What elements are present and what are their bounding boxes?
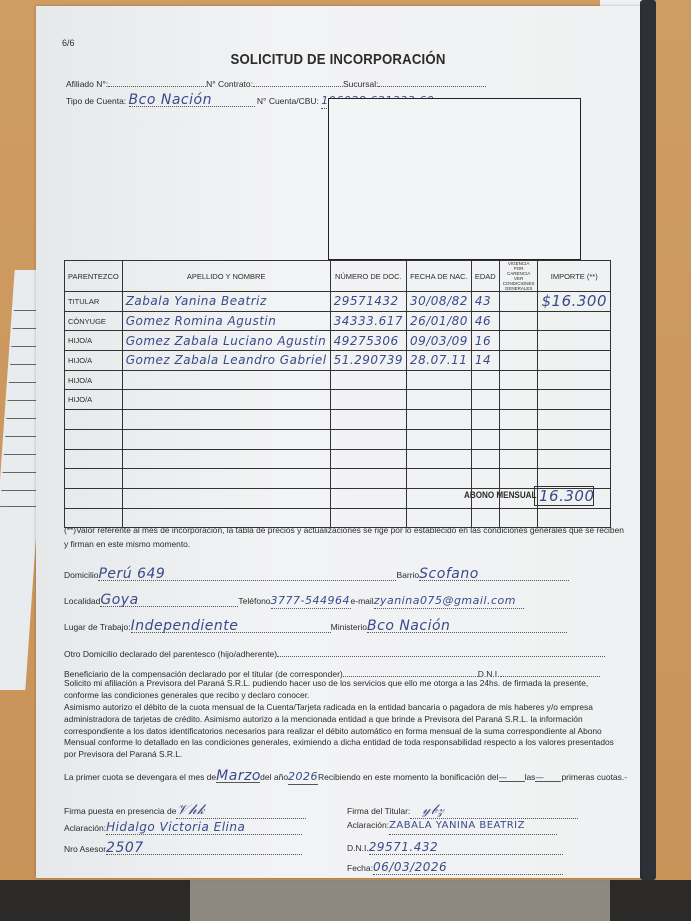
cell-importe[interactable] (538, 449, 611, 469)
cell-nombre[interactable]: Gomez Romina Agustin (122, 311, 330, 331)
cell-edad[interactable]: 43 (471, 292, 499, 312)
cell-fecha-nac[interactable]: 09/03/09 (406, 331, 471, 351)
cell-fecha-nac[interactable] (406, 370, 471, 390)
members-table: PARENTEZCO APELLIDO Y NOMBRE NÚMERO DE D… (64, 260, 611, 528)
legal-text-2: Asimismo autorizo el débito de la cuota … (64, 702, 624, 761)
otro-domicilio-row: Otro Domicilio declarado del parentesco … (64, 648, 605, 659)
cell-vigencia[interactable] (499, 429, 538, 449)
cell-doc[interactable] (330, 469, 406, 489)
cell-fecha-nac[interactable] (406, 449, 471, 469)
cell-parentezco: HIJO/A (65, 351, 123, 371)
afiliado-field[interactable] (108, 78, 206, 87)
localidad-field[interactable]: Goya (100, 592, 238, 607)
presencia-row: Firma puesta en presencia de𝒱𝒽𝓀 (64, 802, 306, 819)
las-field[interactable]: — (535, 773, 561, 782)
cell-edad[interactable]: 46 (471, 311, 499, 331)
presencia-signature-field[interactable]: 𝒱𝒽𝓀 (176, 802, 306, 819)
cell-nombre[interactable] (122, 390, 330, 410)
email-label: e-mail (351, 596, 374, 606)
cell-importe[interactable] (538, 370, 611, 390)
cell-vigencia[interactable] (499, 351, 538, 371)
table-row (65, 410, 611, 430)
cell-nombre[interactable] (122, 370, 330, 390)
col-importe: IMPORTE (**) (538, 261, 611, 292)
contrato-label: N° Contrato: (206, 79, 253, 89)
asesor-row: Nro Asesor2507 (64, 840, 302, 855)
titular-label: Firma del Titular: (347, 806, 410, 816)
cell-parentezco: CÓNYUGE (65, 311, 123, 331)
col-edad: EDAD (471, 261, 499, 292)
beneficiario-field[interactable] (343, 668, 478, 677)
floor (0, 880, 691, 921)
dni-row: D.N.I.29571.432 (347, 840, 563, 855)
aclaracion-left-label: Aclaración: (64, 823, 106, 833)
cell-vigencia[interactable] (499, 331, 538, 351)
cell-importe[interactable] (538, 311, 611, 331)
domicilio-field[interactable]: Perú 649 (98, 566, 396, 581)
domicilio-label: Domicilio (64, 570, 98, 580)
cell-fecha-nac[interactable] (406, 488, 471, 508)
cell-importe[interactable] (538, 429, 611, 449)
titular-row: Firma del Titular:𝓎𝒷𝓏 (347, 802, 578, 819)
table-row: HIJO/AGomez Zabala Luciano Agustin492753… (65, 331, 611, 351)
cell-doc[interactable]: 34333.617 (330, 311, 406, 331)
contrato-field[interactable] (253, 78, 343, 87)
aclaracion-right-field[interactable]: ZABALA YANINA BEATRIZ (389, 820, 557, 835)
cell-vigencia[interactable] (499, 469, 538, 489)
email-field[interactable]: zyanina075@gmail.com (374, 594, 524, 609)
trabajo-label: Lugar de Trabajo: (64, 622, 131, 632)
fecha-label: Fecha: (347, 863, 373, 873)
cell-doc[interactable]: 29571432 (330, 292, 406, 312)
cell-fecha-nac[interactable] (406, 469, 471, 489)
cell-vigencia[interactable] (499, 370, 538, 390)
cell-fecha-nac[interactable]: 30/08/82 (406, 292, 471, 312)
telefono-field[interactable]: 3777-544964 (271, 594, 351, 609)
dni-label: D.N.I. (347, 843, 369, 853)
bonif-field[interactable]: — (499, 773, 525, 782)
cell-fecha-nac[interactable] (406, 429, 471, 449)
asesor-label: Nro Asesor (64, 844, 106, 854)
cell-nombre[interactable] (122, 410, 330, 430)
aclaracion-right-row: Aclaración:ZABALA YANINA BEATRIZ (347, 820, 557, 835)
abono-value: 16.300 (539, 487, 595, 505)
cell-importe[interactable] (538, 331, 611, 351)
table-row: HIJO/A (65, 390, 611, 410)
cell-nombre[interactable] (122, 469, 330, 489)
first-fee-row: La primer cuota se devengara el mes deMa… (64, 768, 627, 785)
cell-parentezco (65, 488, 123, 508)
cell-fecha-nac[interactable] (406, 410, 471, 430)
col-parentezco: PARENTEZCO (65, 261, 123, 292)
trabajo-field[interactable]: Independiente (131, 618, 331, 633)
cell-nombre[interactable] (122, 488, 330, 508)
table-row: HIJO/A (65, 370, 611, 390)
photo-box (328, 98, 581, 260)
aclaracion-left-row: Aclaración:Hidalgo Victoria Elina (64, 820, 302, 835)
table-row (65, 429, 611, 449)
dni-field[interactable]: 29571.432 (369, 840, 563, 855)
cell-vigencia[interactable] (499, 449, 538, 469)
sucursal-field[interactable] (378, 78, 486, 87)
cell-doc[interactable] (330, 488, 406, 508)
localidad-row: LocalidadGoyaTeléfono3777-544964e-mailzy… (64, 592, 524, 609)
table-row: CÓNYUGEGomez Romina Agustin34333.61726/0… (65, 311, 611, 331)
cell-doc[interactable]: 51.290739 (330, 351, 406, 371)
cell-doc[interactable] (330, 449, 406, 469)
col-nombre: APELLIDO Y NOMBRE (122, 261, 330, 292)
otro-domicilio-field[interactable] (277, 648, 605, 657)
page-number: 6/6 (62, 38, 75, 48)
ministerio-field[interactable]: Bco Nación (367, 618, 567, 633)
asesor-field[interactable]: 2507 (106, 840, 302, 855)
table-row: HIJO/AGomez Zabala Leandro Gabriel51.290… (65, 351, 611, 371)
table-row: TITULARZabala Yanina Beatriz2957143230/0… (65, 292, 611, 312)
cell-vigencia[interactable] (499, 390, 538, 410)
cell-nombre[interactable] (122, 429, 330, 449)
cell-parentezco (65, 469, 123, 489)
cell-nombre[interactable]: Zabala Yanina Beatriz (122, 292, 330, 312)
first-fee-prefix: La primer cuota se devengara el mes de (64, 772, 216, 782)
cell-importe[interactable] (538, 390, 611, 410)
afiliado-row: Afiliado N°:N° Contrato:Sucursal: (66, 78, 486, 89)
otro-domicilio-label: Otro Domicilio declarado del parentesco … (64, 649, 277, 659)
floor-tile (190, 880, 610, 921)
cuenta-cbu-label: N° Cuenta/CBU: (257, 96, 319, 106)
ministerio-label: Ministerio (331, 622, 367, 632)
sucursal-label: Sucursal: (343, 79, 378, 89)
first-fee-year[interactable]: 2026 (288, 770, 318, 785)
telefono-label: Teléfono (238, 596, 270, 606)
cell-parentezco: HIJO/A (65, 370, 123, 390)
page-title: SOLICITUD DE INCORPORACIÓN (72, 51, 604, 68)
cell-doc[interactable] (330, 370, 406, 390)
tipo-cuenta-field[interactable]: Bco Nación (129, 92, 255, 107)
fecha-row: Fecha:06/03/2026 (347, 860, 563, 875)
abono-field[interactable]: 16.300 (534, 486, 594, 506)
cell-nombre[interactable] (122, 449, 330, 469)
cell-parentezco: HIJO/A (65, 331, 123, 351)
cell-edad[interactable] (471, 390, 499, 410)
barrio-label: Barrio (396, 570, 419, 580)
cell-fecha-nac[interactable] (406, 390, 471, 410)
abono-label: ABONO MENSUAL (464, 490, 536, 500)
col-doc: NÚMERO DE DOC. (330, 261, 406, 292)
cell-nombre[interactable]: Gomez Zabala Leandro Gabriel (122, 351, 330, 371)
cell-nombre[interactable]: Gomez Zabala Luciano Agustin (122, 331, 330, 351)
cell-importe[interactable]: $16.300 (538, 292, 611, 312)
cell-edad[interactable]: 16 (471, 331, 499, 351)
aclaracion-left-field[interactable]: Hidalgo Victoria Elina (106, 820, 302, 835)
cell-doc[interactable] (330, 429, 406, 449)
legal-text-1: Solicito mi afiliación a Previsora del P… (64, 678, 624, 702)
cell-doc[interactable] (330, 410, 406, 430)
table-row (65, 469, 611, 489)
anio-label: del año (260, 772, 288, 782)
trabajo-row: Lugar de Trabajo:IndependienteMinisterio… (64, 618, 567, 633)
cell-doc[interactable] (330, 390, 406, 410)
tipo-cuenta-label: Tipo de Cuenta: (66, 96, 126, 106)
las-label: las (525, 772, 536, 782)
first-fee-month[interactable]: Marzo (216, 768, 260, 783)
beneficiario-dni-field[interactable] (500, 668, 600, 677)
cell-edad[interactable] (471, 410, 499, 430)
table-row (65, 449, 611, 469)
cell-importe[interactable] (538, 351, 611, 371)
aclaracion-right-label: Aclaración: (347, 820, 389, 830)
cell-parentezco (65, 410, 123, 430)
cell-parentezco: TITULAR (65, 292, 123, 312)
presencia-label: Firma puesta en presencia de (64, 806, 176, 816)
cell-vigencia[interactable] (499, 410, 538, 430)
col-vigencia: VIGENCIA POR CARENCIA VER CONDICIONES GE… (499, 261, 538, 292)
barrio-field[interactable]: Scofano (419, 566, 569, 581)
bonif-prefix: Recibiendo en este momento la bonificaci… (318, 772, 499, 782)
cell-edad[interactable]: 14 (471, 351, 499, 371)
footnote: (**)Valor referente al mes de incorporac… (64, 524, 624, 551)
cell-vigencia[interactable] (499, 311, 538, 331)
cell-edad[interactable] (471, 449, 499, 469)
cell-parentezco (65, 429, 123, 449)
first-fee-suffix: primeras cuotas.- (561, 772, 627, 782)
domicilio-row: DomicilioPerú 649BarrioScofano (64, 566, 569, 581)
cell-fecha-nac[interactable]: 26/01/80 (406, 311, 471, 331)
advisor-signature: 𝒱𝒽𝓀 (176, 802, 205, 818)
cell-edad[interactable] (471, 469, 499, 489)
cell-parentezco (65, 449, 123, 469)
cell-importe[interactable] (538, 410, 611, 430)
titular-signature: 𝓎𝒷𝓏 (410, 802, 444, 818)
cell-doc[interactable]: 49275306 (330, 331, 406, 351)
cell-fecha-nac[interactable]: 28.07.11 (406, 351, 471, 371)
afiliado-label: Afiliado N°: (66, 79, 108, 89)
binder-edge (640, 0, 656, 880)
cell-parentezco: HIJO/A (65, 390, 123, 410)
localidad-label: Localidad (64, 596, 100, 606)
cell-edad[interactable] (471, 429, 499, 449)
cell-vigencia[interactable] (499, 292, 538, 312)
fecha-field[interactable]: 06/03/2026 (373, 860, 563, 875)
cell-edad[interactable] (471, 370, 499, 390)
application-form: 6/6 SOLICITUD DE INCORPORACIÓN Afiliado … (36, 6, 640, 878)
col-fecha-nac: FECHA DE NAC. (406, 261, 471, 292)
titular-signature-field[interactable]: 𝓎𝒷𝓏 (410, 802, 578, 819)
